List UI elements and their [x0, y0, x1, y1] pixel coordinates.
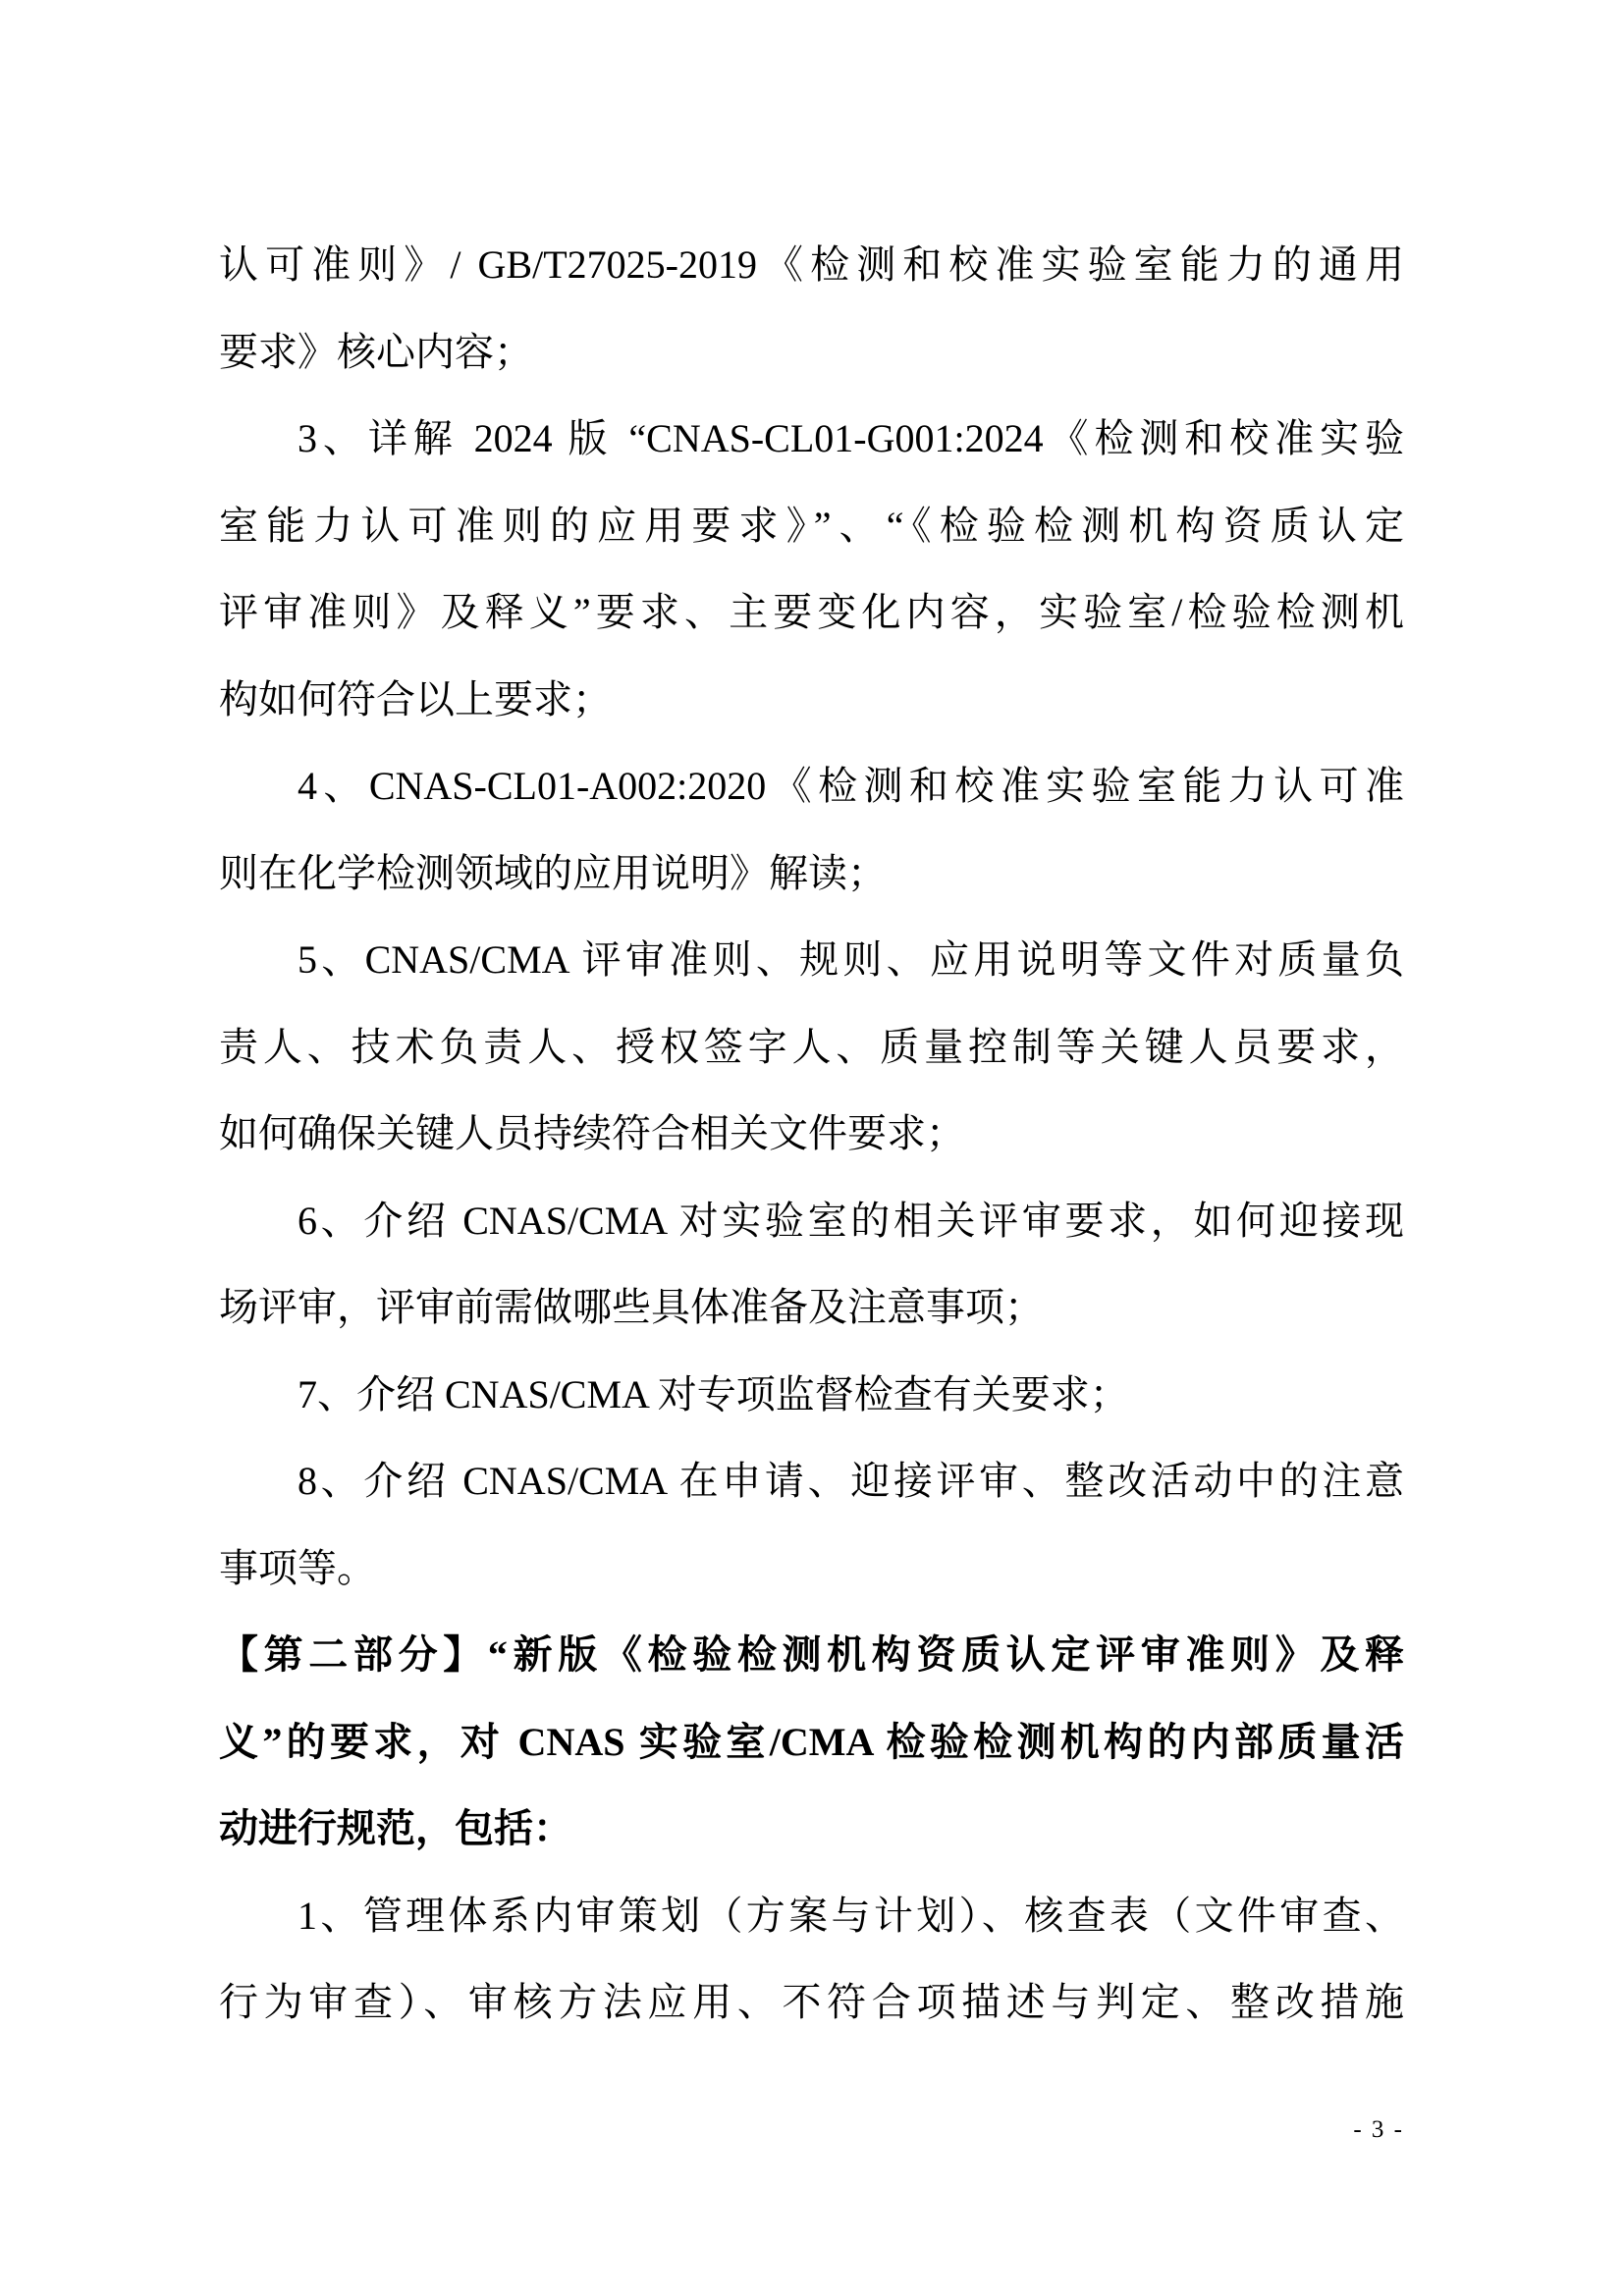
item-8: 8、介绍 CNAS/CMA 在申请、迎接评审、整改活动中的注意事项等。: [219, 1438, 1404, 1612]
part-2-heading: 【第二部分】“新版《检验检测机构资质认定评审准则》及释义”的要求，对 CNAS …: [219, 1612, 1404, 1873]
text-line: 则在化学检测领域的应用说明》解读；: [219, 830, 1404, 918]
text-line: 构如何符合以上要求；: [219, 657, 1404, 744]
text-line: 要求》核心内容；: [219, 309, 1404, 397]
text-line: 7、介绍 CNAS/CMA 对专项监督检查有关要求；: [219, 1352, 1404, 1439]
document-body: 认可准则》/ GB/T27025-2019《检测和校准实验室能力的通用要求》核心…: [219, 222, 1404, 2047]
text-line: 义”的要求，对 CNAS 实验室/CMA 检验检测机构的内部质量活: [219, 1699, 1404, 1787]
page-number: - 3 -: [1353, 2110, 1404, 2150]
text-line: 室能力认可准则的应用要求》”、“《检验检测机构资质认定: [219, 483, 1404, 570]
document-page: 认可准则》/ GB/T27025-2019《检测和校准实验室能力的通用要求》核心…: [0, 0, 1624, 2296]
text-line: 如何确保关键人员持续符合相关文件要求；: [219, 1091, 1404, 1178]
text-line: 6、介绍 CNAS/CMA 对实验室的相关评审要求，如何迎接现: [219, 1178, 1404, 1265]
text-line: 4、CNAS-CL01-A002:2020《检测和校准实验室能力认可准: [219, 743, 1404, 830]
text-line: 动进行规范，包括：: [219, 1786, 1404, 1873]
text-line: 5、CNAS/CMA 评审准则、规则、应用说明等文件对质量负: [219, 917, 1404, 1004]
item-7: 7、介绍 CNAS/CMA 对专项监督检查有关要求；: [219, 1352, 1404, 1439]
text-line: 评审准则》及释义”要求、主要变化内容，实验室/检验检测机: [219, 569, 1404, 657]
text-line: 认可准则》/ GB/T27025-2019《检测和校准实验室能力的通用: [219, 222, 1404, 309]
item-1: 1、管理体系内审策划（方案与计划）、核查表（文件审查、行为审查）、审核方法应用、…: [219, 1873, 1404, 2047]
text-line: 1、管理体系内审策划（方案与计划）、核查表（文件审查、: [219, 1873, 1404, 1960]
text-line: 事项等。: [219, 1525, 1404, 1613]
text-line: 【第二部分】“新版《检验检测机构资质认定评审准则》及释: [219, 1612, 1404, 1699]
text-line: 3、详解 2024 版 “CNAS-CL01-G001:2024《检测和校准实验: [219, 396, 1404, 483]
para-continued-from-previous-page: 认可准则》/ GB/T27025-2019《检测和校准实验室能力的通用要求》核心…: [219, 222, 1404, 396]
text-line: 责人、技术负责人、授权签字人、质量控制等关键人员要求，: [219, 1004, 1404, 1092]
item-3: 3、详解 2024 版 “CNAS-CL01-G001:2024《检测和校准实验…: [219, 396, 1404, 743]
text-line: 行为审查）、审核方法应用、不符合项描述与判定、整改措施: [219, 1959, 1404, 2047]
item-5: 5、CNAS/CMA 评审准则、规则、应用说明等文件对质量负责人、技术负责人、授…: [219, 917, 1404, 1178]
text-line: 场评审，评审前需做哪些具体准备及注意事项；: [219, 1264, 1404, 1352]
item-4: 4、CNAS-CL01-A002:2020《检测和校准实验室能力认可准则在化学检…: [219, 743, 1404, 917]
item-6: 6、介绍 CNAS/CMA 对实验室的相关评审要求，如何迎接现场评审，评审前需做…: [219, 1178, 1404, 1352]
text-line: 8、介绍 CNAS/CMA 在申请、迎接评审、整改活动中的注意: [219, 1438, 1404, 1525]
